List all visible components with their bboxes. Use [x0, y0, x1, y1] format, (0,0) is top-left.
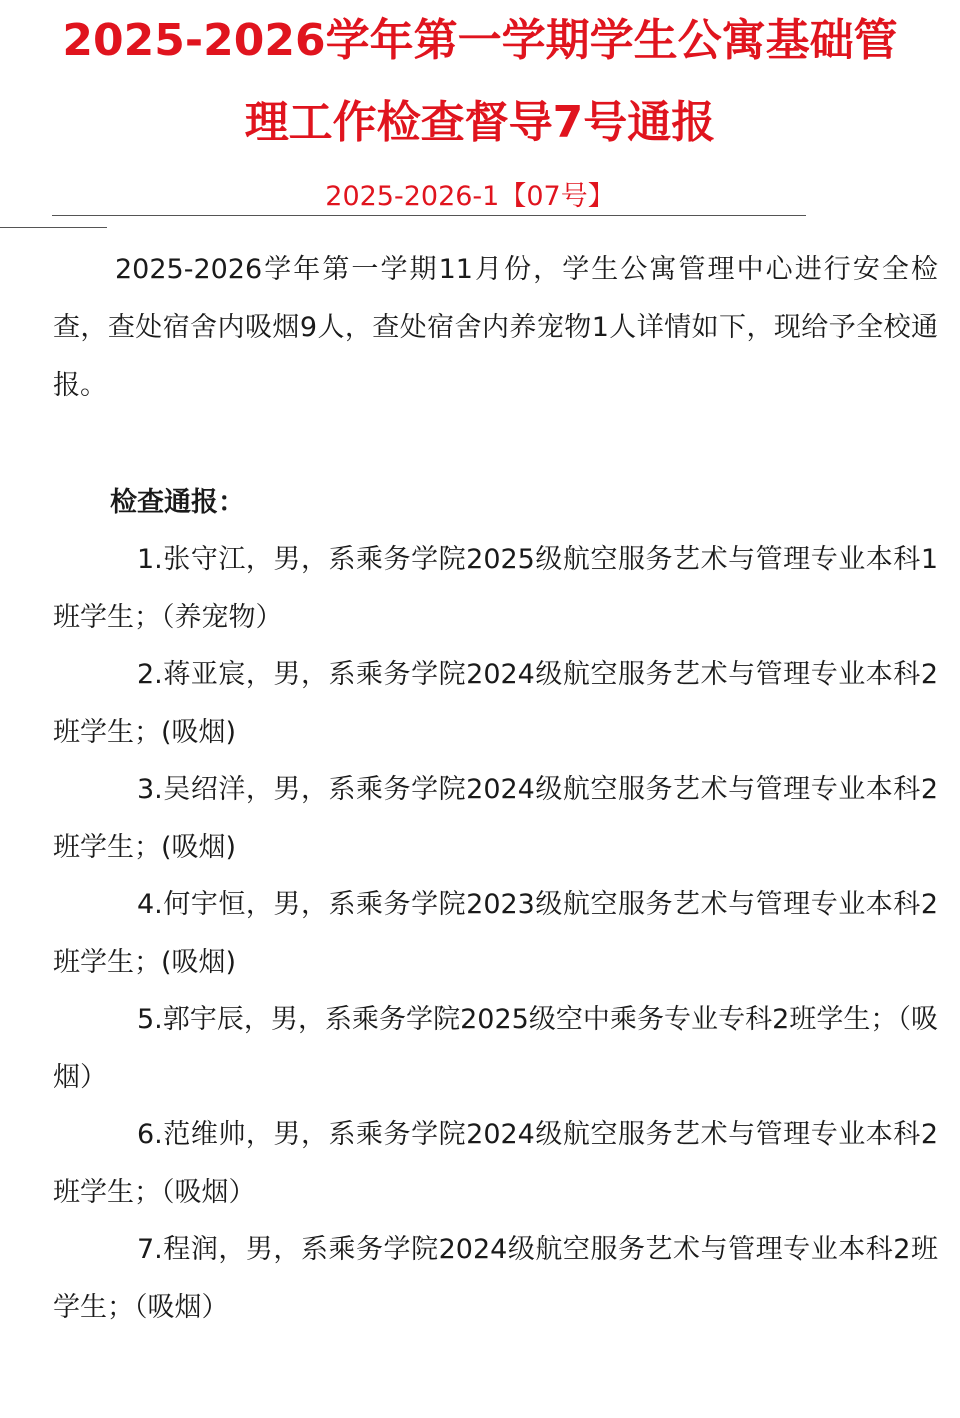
- list-item: 4.何宇恒，男，系乘务学院2023级航空服务艺术与管理专业本科2班学生；(吸烟): [53, 876, 938, 991]
- violation-list: 1.张守江，男，系乘务学院2025级航空服务艺术与管理专业本科1班学生；（养宠物…: [53, 531, 938, 1336]
- document-number: 2025-2026-1【07号】: [0, 174, 940, 213]
- header-divider-short: [0, 227, 107, 228]
- list-item: 5.郭宇辰，男，系乘务学院2025级空中乘务专业专科2班学生；（吸烟）: [53, 991, 938, 1106]
- section-heading: 检查通报：: [110, 474, 245, 532]
- intro-paragraph: 2025-2026学年第一学期11月份，学生公寓管理中心进行安全检查，查处宿舍内…: [53, 241, 938, 415]
- document-title-line-1: 2025-2026学年第一学期学生公寓基础管: [0, 4, 960, 68]
- list-item: 2.蒋亚宸，男，系乘务学院2024级航空服务艺术与管理专业本科2班学生；(吸烟): [53, 646, 938, 761]
- list-item: 7.程润，男，系乘务学院2024级航空服务艺术与管理专业本科2班学生；（吸烟）: [53, 1221, 938, 1336]
- header-divider: [52, 215, 806, 216]
- list-item: 6.范维帅，男，系乘务学院2024级航空服务艺术与管理专业本科2班学生；（吸烟）: [53, 1106, 938, 1221]
- list-item: 3.吴绍洋，男，系乘务学院2024级航空服务艺术与管理专业本科2班学生；(吸烟): [53, 761, 938, 876]
- list-item: 1.张守江，男，系乘务学院2025级航空服务艺术与管理专业本科1班学生；（养宠物…: [53, 531, 938, 646]
- document-title-line-2: 理工作检查督导7号通报: [0, 86, 960, 150]
